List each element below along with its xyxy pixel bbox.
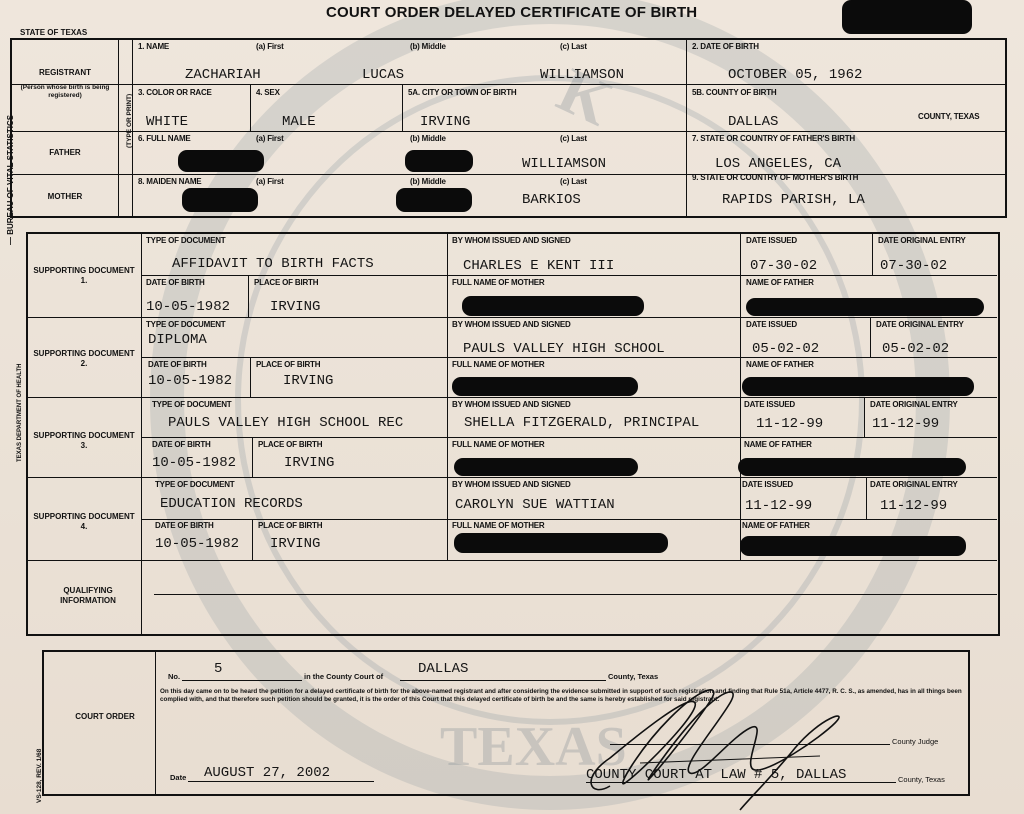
doc4-issued-by-label: BY WHOM ISSUED AND SIGNED [452,480,571,489]
father-birthplace-label: 7. STATE OR COUNTRY OF FATHER'S BIRTH [692,134,855,143]
father-name-label: 6. FULL NAME [138,134,191,143]
mother-birthplace-label: 9. STATE OR COUNTRY OF MOTHER'S BIRTH [692,173,858,182]
mother-first-label: (a) First [256,177,284,186]
court-county-texas-label: County, Texas [898,775,945,784]
court-order-label: COURT ORDER [60,712,150,722]
doc2-date-issued: 05-02-02 [752,341,819,357]
county-texas-suffix: COUNTY, TEXAS [918,112,979,121]
document-title: COURT ORDER DELAYED CERTIFICATE OF BIRTH [326,4,697,21]
doc4-dob: 10-05-1982 [155,536,239,552]
supporting-doc-1-label: SUPPORTING DOCUMENT 1. [30,266,138,286]
doc2-issued-by: PAULS VALLEY HIGH SCHOOL [463,341,665,357]
doc1-place: IRVING [270,299,320,315]
qualifying-info-label: QUALIFYING INFORMATION [38,586,138,606]
father-birthplace: LOS ANGELES, CA [715,156,841,172]
doc1-mother-redaction [462,296,644,316]
doc1-dob: 10-05-1982 [146,299,230,315]
father-label: FATHER [20,148,110,158]
doc3-mother-redaction [454,458,638,476]
doc3-type: PAULS VALLEY HIGH SCHOOL REC [168,415,403,431]
doc1-original-entry-label: DATE ORIGINAL ENTRY [878,236,966,245]
doc3-place-label: PLACE OF BIRTH [258,440,322,449]
doc2-type: DIPLOMA [148,332,207,348]
doc3-issued-by: SHELLA FITZGERALD, PRINCIPAL [464,415,699,431]
county-court-label: in the County Court of [304,672,383,681]
doc2-mother-label: FULL NAME OF MOTHER [452,360,545,369]
name-first-label: (a) First [256,42,284,51]
court-order-date: AUGUST 27, 2002 [204,765,330,781]
doc4-father-label: NAME OF FATHER [742,521,810,530]
doc1-date-issued-label: DATE ISSUED [746,236,797,245]
doc1-father-label: NAME OF FATHER [746,278,814,287]
doc4-issued-by: CAROLYN SUE WATTIAN [455,497,615,513]
supporting-doc-4-label: SUPPORTING DOCUMENT 4. [30,512,138,532]
doc1-issued-by-label: BY WHOM ISSUED AND SIGNED [452,236,571,245]
doc4-type: EDUCATION RECORDS [160,496,303,512]
doc1-type-label: TYPE OF DOCUMENT [146,236,225,245]
supporting-doc-3-label: SUPPORTING DOCUMENT 3. [30,431,138,451]
registrant-county-of-birth: DALLAS [728,114,778,130]
doc2-dob: 10-05-1982 [148,373,232,389]
doc4-mother-label: FULL NAME OF MOTHER [452,521,545,530]
registrant-race: WHITE [146,114,188,130]
father-middle-label: (b) Middle [410,134,446,143]
doc4-original-entry-label: DATE ORIGINAL ENTRY [870,480,958,489]
doc4-type-label: TYPE OF DOCUMENT [155,480,234,489]
doc3-date-issued-label: DATE ISSUED [744,400,795,409]
race-label: 3. COLOR OR RACE [138,88,212,97]
doc3-issued-by-label: BY WHOM ISSUED AND SIGNED [452,400,571,409]
father-first-label: (a) First [256,134,284,143]
file-no-redaction [842,0,972,34]
name-middle-label: (b) Middle [410,42,446,51]
registrant-first-name: ZACHARIAH [185,67,261,83]
doc3-type-label: TYPE OF DOCUMENT [152,400,231,409]
county-of-birth-label: 5b. COUNTY OF BIRTH [692,88,777,97]
father-last-name: WILLIAMSON [522,156,606,172]
doc1-dob-label: DATE OF BIRTH [146,278,205,287]
father-last-label: (c) Last [560,134,587,143]
doc2-dob-label: DATE OF BIRTH [148,360,207,369]
doc3-father-redaction [738,458,966,476]
registrant-label: REGISTRANT [20,68,110,78]
doc4-date-issued: 11-12-99 [745,498,812,514]
department-side-text: Texas Department of Health [17,364,23,462]
doc2-original-entry-label: DATE ORIGINAL ENTRY [876,320,964,329]
city-of-birth-label: 5a. CITY OR TOWN OF BIRTH [408,88,517,97]
doc4-original-entry: 11-12-99 [880,498,947,514]
doc2-place-label: PLACE OF BIRTH [256,360,320,369]
mother-last-label: (c) Last [560,177,587,186]
judge-signature [580,678,900,814]
doc4-mother-redaction [454,533,668,553]
doc4-dob-label: DATE OF BIRTH [155,521,214,530]
doc1-place-label: PLACE OF BIRTH [254,278,318,287]
doc2-date-issued-label: DATE ISSUED [746,320,797,329]
doc4-date-issued-label: DATE ISSUED [742,480,793,489]
state-label: STATE OF TEXAS [20,28,87,37]
registrant-dob: OCTOBER 05, 1962 [728,67,862,83]
supporting-doc-2-label: SUPPORTING DOCUMENT 2. [30,349,138,369]
mother-last-name: BARKIOS [522,192,581,208]
doc4-father-redaction [740,536,966,556]
dob-label: 2. DATE OF BIRTH [692,42,759,51]
registrant-sex: MALE [282,114,316,130]
doc2-issued-by-label: BY WHOM ISSUED AND SIGNED [452,320,571,329]
doc1-type: AFFIDAVIT TO BIRTH FACTS [172,256,374,272]
registrant-note: (Person whose birth is being registered) [20,84,110,100]
father-middle-redaction [405,150,473,172]
name-last-label: (c) Last [560,42,587,51]
mother-birthplace: RAPIDS PARISH, LA [722,192,865,208]
doc2-father-redaction [742,377,974,396]
certificate-paper: K TEXAS STATE OF TEXAS COURT ORDER DELAY… [0,0,1024,814]
doc3-original-entry: 11-12-99 [872,416,939,432]
case-no-value: 5 [214,661,222,677]
doc3-dob-label: DATE OF BIRTH [152,440,211,449]
sex-label: 4. SEX [256,88,280,97]
doc4-place-label: PLACE OF BIRTH [258,521,322,530]
supporting-documents-box [26,232,1000,636]
mother-middle-redaction [396,188,472,212]
doc1-father-redaction [746,298,984,316]
mother-first-redaction [182,188,258,212]
doc3-date-issued: 11-12-99 [756,416,823,432]
doc1-original-entry: 07-30-02 [880,258,947,274]
doc1-date-issued: 07-30-02 [750,258,817,274]
doc3-original-entry-label: DATE ORIGINAL ENTRY [870,400,958,409]
case-no-label: No. [168,672,180,681]
county-value: DALLAS [418,661,468,677]
doc2-original-entry: 05-02-02 [882,341,949,357]
mother-middle-label: (b) Middle [410,177,446,186]
registrant-city-of-birth: IRVING [420,114,470,130]
name-label: 1. NAME [138,42,169,51]
registrant-middle-name: LUCAS [362,67,404,83]
doc3-father-label: NAME OF FATHER [744,440,812,449]
registrant-last-name: WILLIAMSON [540,67,624,83]
doc4-place: IRVING [270,536,320,552]
doc3-dob: 10-05-1982 [152,455,236,471]
doc3-mother-label: FULL NAME OF MOTHER [452,440,545,449]
doc2-place: IRVING [283,373,333,389]
mother-name-label: 8. MAIDEN NAME [138,177,201,186]
doc2-father-label: NAME OF FATHER [746,360,814,369]
doc1-issued-by: CHARLES E KENT III [463,258,614,274]
doc2-mother-redaction [452,377,638,396]
father-first-redaction [178,150,264,172]
doc2-type-label: TYPE OF DOCUMENT [146,320,225,329]
mother-label: MOTHER [20,192,110,202]
doc1-mother-label: FULL NAME OF MOTHER [452,278,545,287]
doc3-place: IRVING [284,455,334,471]
date-label: Date [170,773,186,782]
